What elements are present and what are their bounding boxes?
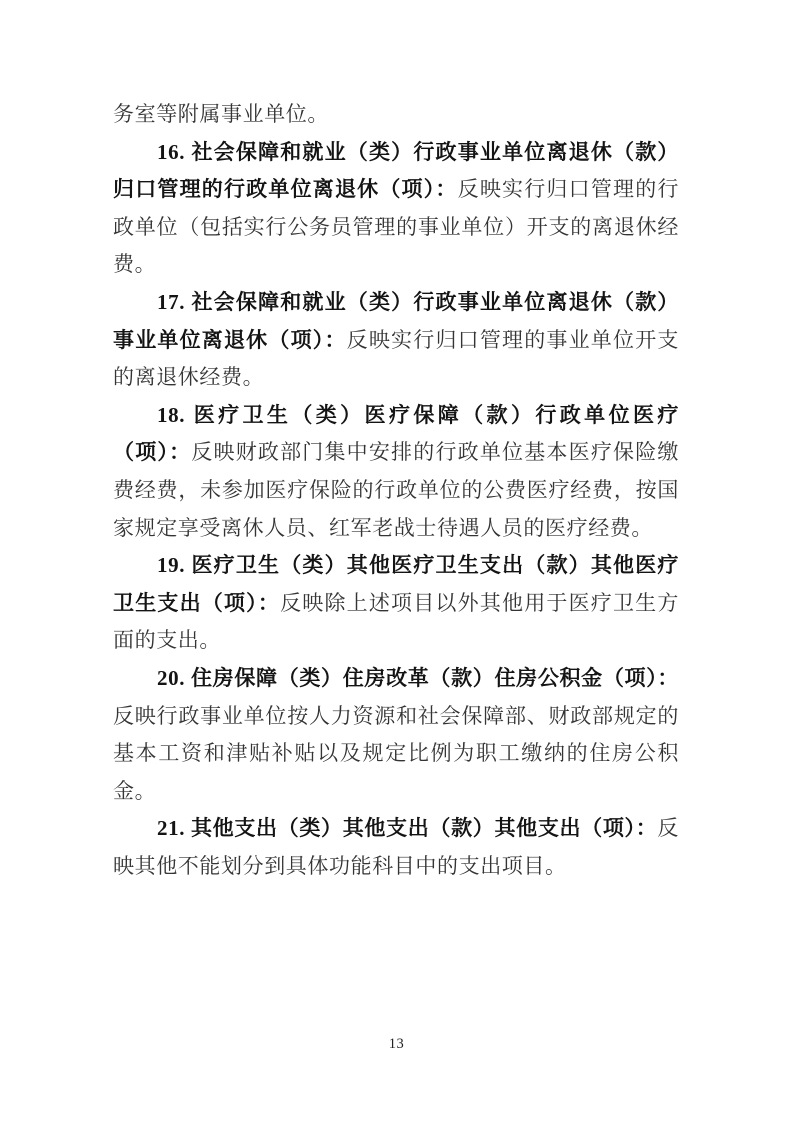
paragraph-item-20: 20. 住房保障（类）住房改革（款）住房公积金（项）：反映行政事业单位按人力资源… (113, 660, 679, 810)
item-21-heading: 21. 其他支出（类）其他支出（款）其他支出（项）： (157, 816, 657, 840)
item-20-body: 反映行政事业单位按人力资源和社会保障部、财政部规定的基本工资和津贴补贴以及规定比… (113, 704, 679, 803)
paragraph-item-16: 16. 社会保障和就业（类）行政事业单位离退休（款）归口管理的行政单位离退休（项… (113, 134, 679, 284)
paragraph-item-21: 21. 其他支出（类）其他支出（款）其他支出（项）：反映其他不能划分到具体功能科… (113, 810, 679, 885)
page-body-text: 务室等附属事业单位。 16. 社会保障和就业（类）行政事业单位离退休（款）归口管… (113, 96, 679, 885)
item-18-body: 反映财政部门集中安排的行政单位基本医疗保险缴费经费，未参加医疗保险的行政单位的公… (113, 440, 679, 539)
page-number: 13 (0, 1036, 793, 1053)
paragraph-item-19: 19. 医疗卫生（类）其他医疗卫生支出（款）其他医疗卫生支出（项）：反映除上述项… (113, 547, 679, 660)
paragraph-item-17: 17. 社会保障和就业（类）行政事业单位离退休（款）事业单位离退休（项）：反映实… (113, 284, 679, 397)
document-page: 务室等附属事业单位。 16. 社会保障和就业（类）行政事业单位离退休（款）归口管… (0, 0, 793, 1122)
item-20-heading: 20. 住房保障（类）住房改革（款）住房公积金（项）： (157, 666, 679, 690)
paragraph-continuation: 务室等附属事业单位。 (113, 96, 679, 134)
continuation-text: 务室等附属事业单位。 (113, 102, 329, 126)
paragraph-item-18: 18. 医疗卫生（类）医疗保障（款）行政单位医疗（项）：反映财政部门集中安排的行… (113, 397, 679, 547)
